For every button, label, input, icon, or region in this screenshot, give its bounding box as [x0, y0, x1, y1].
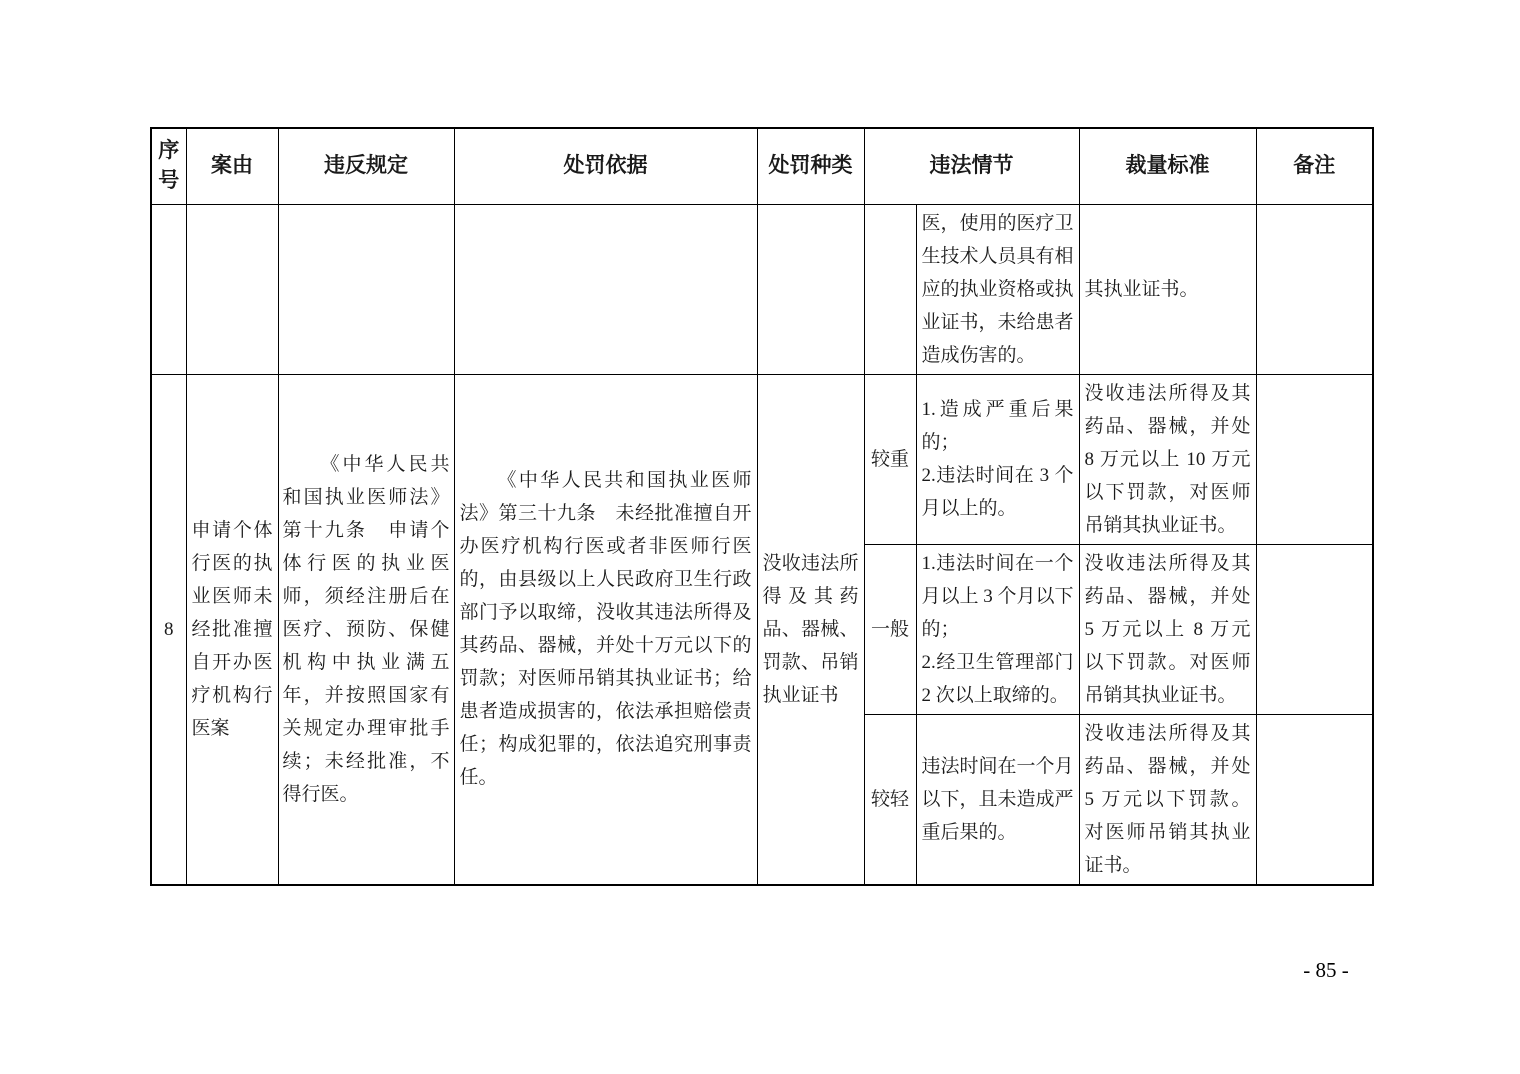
cell-no: 8	[151, 374, 186, 885]
table-header-row: 序号 案由 违反规定 处罚依据 处罚种类 违法情节 裁量标准 备注	[151, 128, 1373, 204]
cell-no-empty	[151, 204, 186, 374]
cell-cause: 申请个体行医的执业医师未经批准擅自开办医疗机构行医案	[186, 374, 278, 885]
cell-circumstance-general: 1.违法时间在一个月以上 3 个月以下的； 2.经卫生管理部门 2 次以上取缔的…	[916, 544, 1079, 714]
cell-remarks-severe-empty	[1256, 374, 1373, 544]
cell-violation: 《中华人民共和国执业医师法》第十九条 申请个体行医的执业医师，须经注册后在医疗、…	[278, 374, 454, 885]
header-no: 序号	[151, 128, 186, 204]
header-penalty-type: 处罚种类	[757, 128, 864, 204]
cell-penalty-type-empty	[757, 204, 864, 374]
cell-standard-continuation: 其执业证书。	[1079, 204, 1256, 374]
cell-basis-empty	[454, 204, 757, 374]
header-violation: 违反规定	[278, 128, 454, 204]
cell-circumstance-severe: 1.造成严重后果的； 2.违法时间在 3 个月以上的。	[916, 374, 1079, 544]
cell-severity-light: 较轻	[864, 714, 916, 885]
cell-circumstance-light: 违法时间在一个月以下，且未造成严重后果的。	[916, 714, 1079, 885]
cell-severity-empty	[864, 204, 916, 374]
header-cause: 案由	[186, 128, 278, 204]
cell-remarks-light-empty	[1256, 714, 1373, 885]
header-remarks: 备注	[1256, 128, 1373, 204]
header-basis: 处罚依据	[454, 128, 757, 204]
row8-subrow-severe: 8 申请个体行医的执业医师未经批准擅自开办医疗机构行医案 《中华人民共和国执业医…	[151, 374, 1373, 544]
cell-severity-severe: 较重	[864, 374, 916, 544]
cell-penalty-type: 没收违法所得及其药品、器械、罚款、吊销执业证书	[757, 374, 864, 885]
page-number: - 85 -	[1280, 958, 1372, 983]
cell-cause-empty	[186, 204, 278, 374]
penalty-standards-table: 序号 案由 违反规定 处罚依据 处罚种类 违法情节 裁量标准 备注 医，使用的医…	[150, 127, 1374, 886]
cell-standard-light: 没收违法所得及其药品、器械，并处 5 万元以下罚款。对医师吊销其执业证书。	[1079, 714, 1256, 885]
header-circumstances: 违法情节	[864, 128, 1079, 204]
cell-severity-general: 一般	[864, 544, 916, 714]
document-page: 序号 案由 违反规定 处罚依据 处罚种类 违法情节 裁量标准 备注 医，使用的医…	[0, 0, 1520, 1074]
header-standard: 裁量标准	[1079, 128, 1256, 204]
cell-basis: 《中华人民共和国执业医师法》第三十九条 未经批准擅自开办医疗机构行医或者非医师行…	[454, 374, 757, 885]
continuation-row: 医，使用的医疗卫生技术人员具有相应的执业资格或执业证书，未给患者造成伤害的。 其…	[151, 204, 1373, 374]
cell-standard-severe: 没收违法所得及其药品、器械，并处 8 万元以上 10 万元以下罚款，对医师吊销其…	[1079, 374, 1256, 544]
cell-remarks-general-empty	[1256, 544, 1373, 714]
cell-circumstance-continuation: 医，使用的医疗卫生技术人员具有相应的执业资格或执业证书，未给患者造成伤害的。	[916, 204, 1079, 374]
cell-standard-general: 没收违法所得及其药品、器械，并处 5 万元以上 8 万元以下罚款。对医师吊销其执…	[1079, 544, 1256, 714]
cell-remarks-empty	[1256, 204, 1373, 374]
cell-violation-empty	[278, 204, 454, 374]
